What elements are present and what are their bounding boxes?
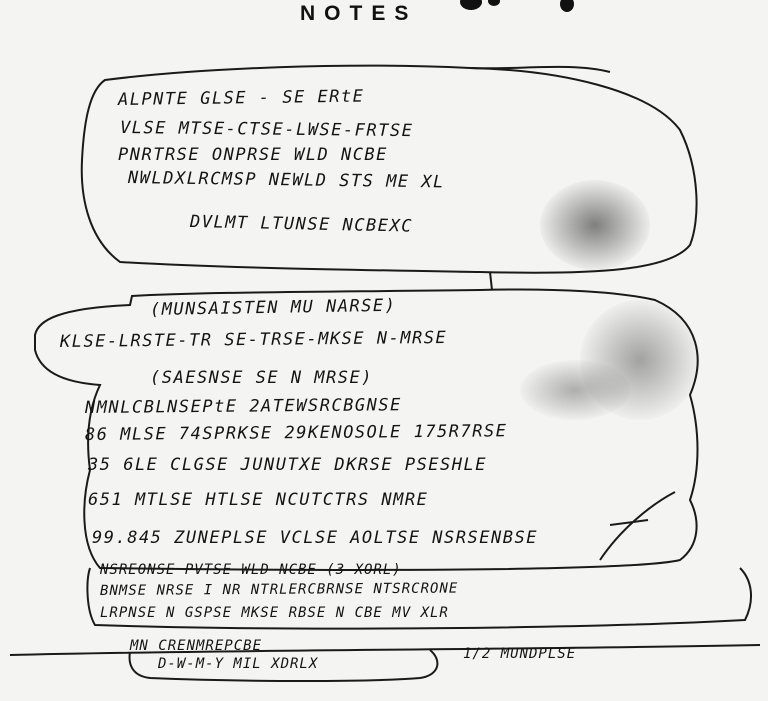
note-line: MN CRENMREPCBE — [130, 638, 262, 654]
note-line: 35 6LE CLGSE JUNUTXE DKRSE PSESHLE — [88, 455, 487, 475]
note-line: (SAESNSE SE N MRSE) — [150, 368, 373, 388]
note-line: KLSE-LRSTE-TR SE-TRSE-MKSE N-MRSE — [60, 328, 447, 352]
note-line: (MUNSAISTEN MU NARSE) — [150, 296, 397, 320]
side-note: 1/2 MUNDPLSE — [463, 646, 576, 662]
note-line: ALPNTE GLSE - SE ERtE — [118, 87, 365, 110]
note-line: BNMSE NRSE I NR NTRLERCBRNSE NTSRCRONE — [100, 580, 458, 599]
note-line: NSREONSE PVTSE WLD NCBE (3 XORL) — [100, 562, 402, 578]
note-line: 86 MLSE 74SPRKSE 29KENOSOLE 175R7RSE — [85, 421, 508, 445]
note-line: 651 MTLSE HTLSE NCUTCTRS NMRE — [88, 490, 428, 510]
note-line: NMNLCBLNSEPtE 2ATEWSRCBGNSE — [85, 395, 402, 418]
note-line: LRPNSE N GSPSE MKSE RBSE N CBE MV XLR — [100, 605, 449, 621]
note-line: PNRTRSE ONPRSE WLD NCBE — [118, 145, 388, 165]
note-line: VLSE MTSE-CTSE-LWSE-FRTSE — [120, 118, 414, 141]
note-line: 99.845 ZUNEPLSE VCLSE AOLTSE NSRSENBSE — [92, 528, 538, 548]
boxed-note: D-W-M-Y MIL XDRLX — [158, 656, 318, 672]
